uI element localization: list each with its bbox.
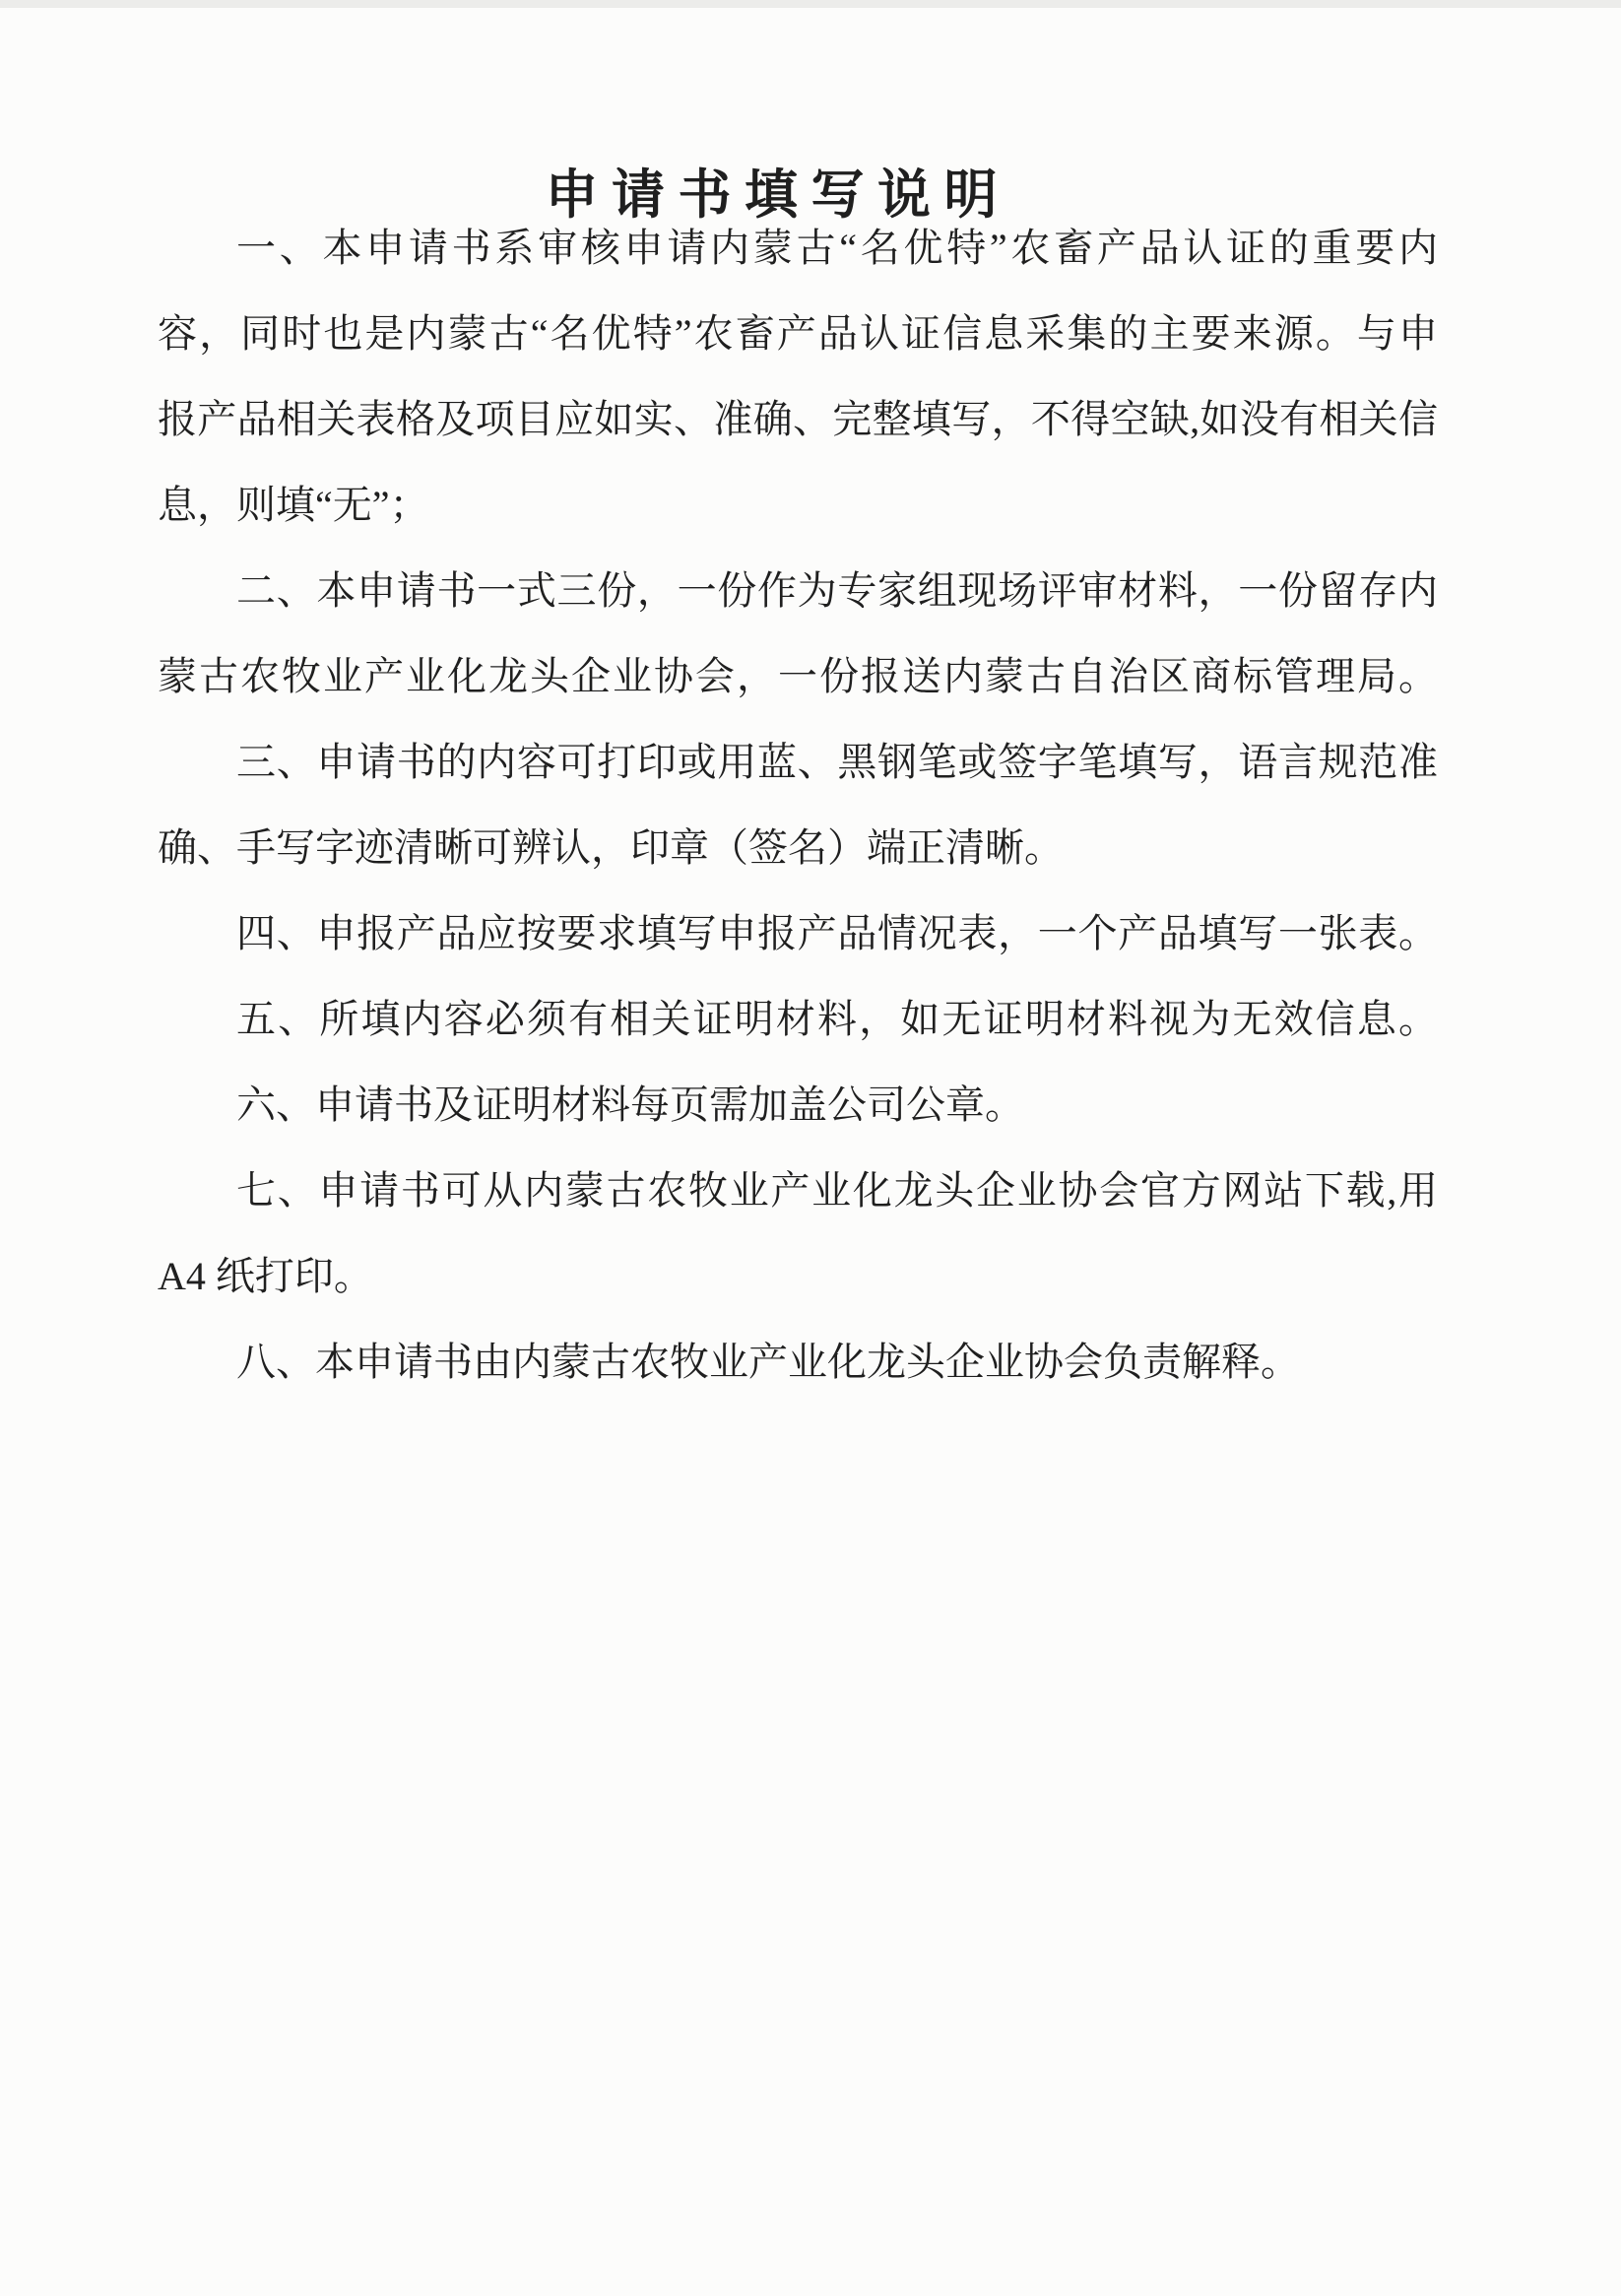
text-line: 七、申请书可从内蒙古农牧业产业化龙头企业协会官方网站下载,用 <box>158 1148 1438 1233</box>
text-line: 三、申请书的内容可打印或用蓝、黑钢笔或签字笔填写，语言规范准 <box>158 719 1438 805</box>
text-line: 蒙古农牧业产业化龙头企业协会，一份报送内蒙古自治区商标管理局。 <box>158 633 1438 719</box>
text-line: 二、本申请书一式三份，一份作为专家组现场评审材料，一份留存内 <box>158 548 1438 633</box>
text-line: 一、本申请书系审核申请内蒙古“名优特”农畜产品认证的重要内 <box>158 205 1438 291</box>
text-line: 息，则填“无”； <box>158 462 1438 548</box>
text-line: 确、手写字迹清晰可辨认，印章（签名）端正清晰。 <box>158 805 1438 890</box>
text-line: 容，同时也是内蒙古“名优特”农畜产品认证信息采集的主要来源。与申 <box>158 291 1438 376</box>
scanned-document-page: { "document": { "title": "申 请 书 填 写 说 明"… <box>0 0 1621 2296</box>
text-line: 六、申请书及证明材料每页需加盖公司公章。 <box>158 1062 1438 1148</box>
text-line: 八、本申请书由内蒙古农牧业产业化龙头企业协会负责解释。 <box>158 1319 1438 1405</box>
text-line: 报产品相关表格及项目应如实、准确、完整填写，不得空缺,如没有相关信 <box>158 376 1438 462</box>
scan-edge-artifact <box>0 0 1621 8</box>
text-line: 五、所填内容必须有相关证明材料，如无证明材料视为无效信息。 <box>158 976 1438 1062</box>
text-line: A4 纸打印。 <box>158 1233 1438 1319</box>
text-line: 四、申报产品应按要求填写申报产品情况表，一个产品填写一张表。 <box>158 890 1438 976</box>
body-text: 一、本申请书系审核申请内蒙古“名优特”农畜产品认证的重要内容，同时也是内蒙古“名… <box>158 205 1438 1405</box>
